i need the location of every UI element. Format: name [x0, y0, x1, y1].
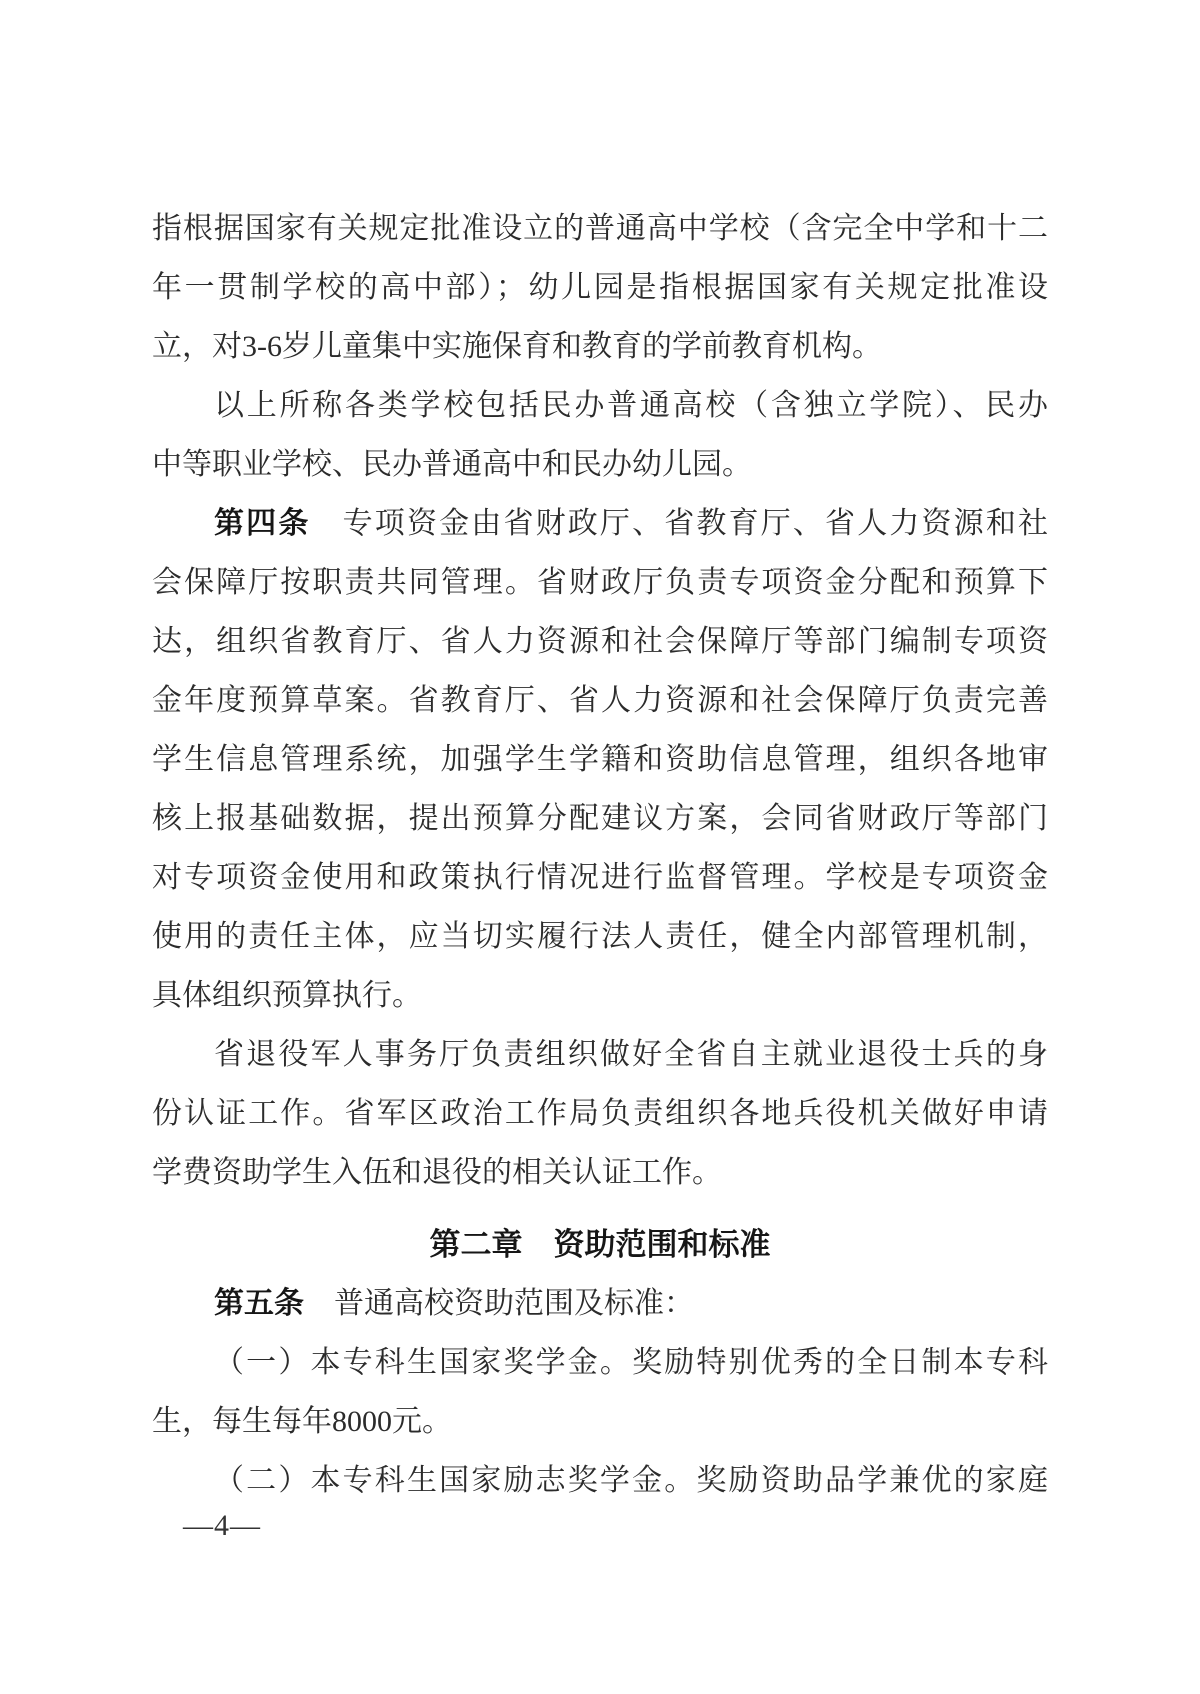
chapter-heading: 第二章 资助范围和标准	[152, 1215, 1048, 1274]
body-line: 具体组织预算执行。	[152, 966, 1048, 1025]
body-line: 达，组织省教育厅、省人力资源和社会保障厅等部门编制专项资	[152, 612, 1048, 671]
body-line: 金年度预算草案。省教育厅、省人力资源和社会保障厅负责完善	[152, 671, 1048, 730]
body-line: 中等职业学校、民办普通高中和民办幼儿园。	[152, 435, 1048, 494]
body-line-text: 普通高校资助范围及标准：	[304, 1287, 694, 1320]
body-line: （二）本专科生国家励志奖学金。奖励资助品学兼优的家庭	[152, 1451, 1048, 1510]
article-four-label: 第四条	[214, 507, 310, 540]
body-line: （一）本专科生国家奖学金。奖励特别优秀的全日制本专科	[152, 1333, 1048, 1392]
body-line: 指根据国家有关规定批准设立的普通高中学校（含完全中学和十二	[152, 199, 1048, 258]
document-body: 指根据国家有关规定批准设立的普通高中学校（含完全中学和十二 年一贯制学校的高中部…	[152, 199, 1048, 1510]
body-line: 使用的责任主体，应当切实履行法人责任，健全内部管理机制，	[152, 907, 1048, 966]
body-line: 省退役军人事务厅负责组织做好全省自主就业退役士兵的身	[152, 1025, 1048, 1084]
body-line: 学生信息管理系统，加强学生学籍和资助信息管理，组织各地审	[152, 730, 1048, 789]
body-line: 会保障厅按职责共同管理。省财政厅负责专项资金分配和预算下	[152, 553, 1048, 612]
body-line: 核上报基础数据，提出预算分配建议方案，会同省财政厅等部门	[152, 789, 1048, 848]
body-line: 生，每生每年8000元。	[152, 1392, 1048, 1451]
article-five-label: 第五条	[214, 1287, 304, 1320]
document-page: 指根据国家有关规定批准设立的普通高中学校（含完全中学和十二 年一贯制学校的高中部…	[0, 0, 1200, 1694]
body-line-text: 专项资金由省财政厅、省教育厅、省人力资源和社	[310, 507, 1048, 540]
body-line: 学费资助学生入伍和退役的相关认证工作。	[152, 1143, 1048, 1202]
body-line: 对专项资金使用和政策执行情况进行监督管理。学校是专项资金	[152, 848, 1048, 907]
body-line: 以上所称各类学校包括民办普通高校（含独立学院）、民办	[152, 376, 1048, 435]
body-line: 份认证工作。省军区政治工作局负责组织各地兵役机关做好申请	[152, 1084, 1048, 1143]
page-number: —4—	[183, 1508, 261, 1544]
body-line: 第四条 专项资金由省财政厅、省教育厅、省人力资源和社	[152, 494, 1048, 553]
body-line: 第五条 普通高校资助范围及标准：	[152, 1274, 1048, 1333]
body-line: 年一贯制学校的高中部）；幼儿园是指根据国家有关规定批准设	[152, 258, 1048, 317]
body-line: 立，对3-6岁儿童集中实施保育和教育的学前教育机构。	[152, 317, 1048, 376]
